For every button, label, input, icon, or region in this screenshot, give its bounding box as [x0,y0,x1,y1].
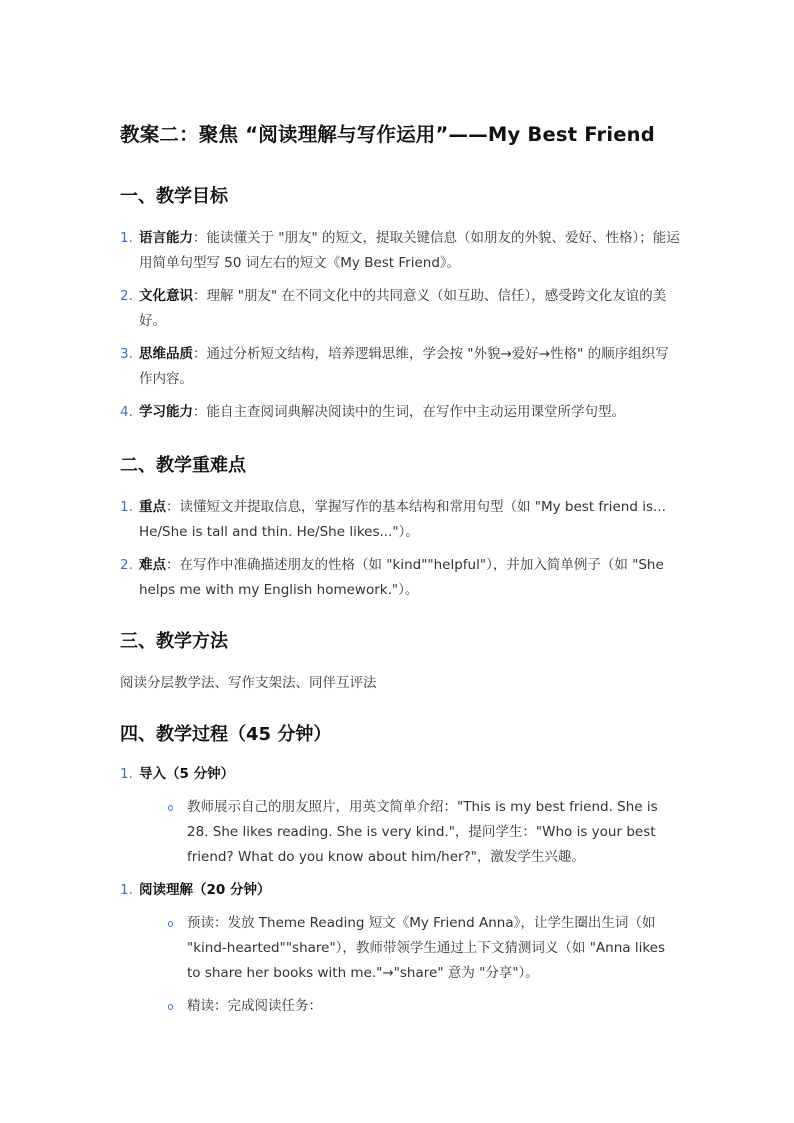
list-number: 2. [120,553,133,578]
section-heading-methods: 三、教学方法 [120,627,680,657]
key-point-label: 重点 [139,499,166,515]
step-title: 阅读理解（20 分钟） [139,882,271,898]
step-bullet-item: 预读：发放 Theme Reading 短文《My Friend Anna》，让… [168,911,680,986]
objectives-list: 1.语言能力：能读懂关于 "朋友" 的短文，提取关键信息（如朋友的外貌、爱好、性… [120,226,680,425]
key-point-label: 难点 [139,557,166,573]
objective-text: ：能自主查阅词典解决阅读中的生词，在写作中主动运用课堂所学句型。 [193,404,625,420]
section-heading-process: 四、教学过程（45 分钟） [120,720,680,750]
list-number: 3. [120,342,133,367]
list-number: 1. [120,878,133,903]
list-number: 1. [120,762,133,787]
hollow-circle-bullet-icon [168,805,173,811]
document-title: 教案二：聚焦 “阅读理解与写作运用”——My Best Friend [120,118,680,152]
hollow-circle-bullet-icon [168,1004,173,1010]
objective-label: 思维品质 [139,346,193,362]
document-page: 教案二：聚焦 “阅读理解与写作运用”——My Best Friend 一、教学目… [120,118,680,1027]
process-step-intro: 1.导入（5 分钟） 教师展示自己的朋友照片，用英文简单介绍："This is … [120,762,680,870]
step-bullets: 预读：发放 Theme Reading 短文《My Friend Anna》，让… [139,911,680,1019]
bullet-text: 教师展示自己的朋友照片，用英文简单介绍："This is my best fri… [187,799,658,865]
objective-item: 2.文化意识：理解 "朋友" 在不同文化中的共同意义（如互助、信任），感受跨文化… [120,284,680,334]
key-point-text: ：读懂短文并提取信息，掌握写作的基本结构和常用句型（如 "My best fri… [139,499,666,540]
key-points-list: 1.重点：读懂短文并提取信息，掌握写作的基本结构和常用句型（如 "My best… [120,495,680,603]
objective-item: 3.思维品质：通过分析短文结构，培养逻辑思维，学会按 "外貌→爱好→性格" 的顺… [120,342,680,392]
step-bullet-item: 精读：完成阅读任务： [168,994,680,1019]
objective-item: 4.学习能力：能自主查阅词典解决阅读中的生词，在写作中主动运用课堂所学句型。 [120,400,680,425]
objective-text: ：通过分析短文结构，培养逻辑思维，学会按 "外貌→爱好→性格" 的顺序组织写作内… [139,346,669,387]
list-number: 2. [120,284,133,309]
objective-label: 学习能力 [139,404,193,420]
objective-text: ：能读懂关于 "朋友" 的短文，提取关键信息（如朋友的外貌、爱好、性格）；能运用… [139,230,680,271]
step-bullets: 教师展示自己的朋友照片，用英文简单介绍："This is my best fri… [139,795,680,870]
list-number: 4. [120,400,133,425]
objective-text: ：理解 "朋友" 在不同文化中的共同意义（如互助、信任），感受跨文化友谊的美好。 [139,288,666,329]
objective-label: 语言能力 [139,230,193,246]
step-bullet-item: 教师展示自己的朋友照片，用英文简单介绍："This is my best fri… [168,795,680,870]
section-heading-key-points: 二、教学重难点 [120,451,680,481]
bullet-text: 精读：完成阅读任务： [187,998,322,1014]
process-step-reading: 1.阅读理解（20 分钟） 预读：发放 Theme Reading 短文《My … [120,878,680,1019]
key-point-text: ：在写作中准确描述朋友的性格（如 "kind""helpful"），并加入简单例… [139,557,664,598]
section-heading-objectives: 一、教学目标 [120,182,680,212]
list-number: 1. [120,495,133,520]
process-steps-list: 1.导入（5 分钟） 教师展示自己的朋友照片，用英文简单介绍："This is … [120,762,680,1019]
bullet-text: 预读：发放 Theme Reading 短文《My Friend Anna》，让… [187,915,665,981]
list-number: 1. [120,226,133,251]
step-title: 导入（5 分钟） [139,766,234,782]
objective-label: 文化意识 [139,288,193,304]
objective-item: 1.语言能力：能读懂关于 "朋友" 的短文，提取关键信息（如朋友的外貌、爱好、性… [120,226,680,276]
methods-text: 阅读分层教学法、写作支架法、同伴互评法 [120,671,680,696]
hollow-circle-bullet-icon [168,921,173,927]
key-point-item: 1.重点：读懂短文并提取信息，掌握写作的基本结构和常用句型（如 "My best… [120,495,680,545]
key-point-item: 2.难点：在写作中准确描述朋友的性格（如 "kind""helpful"），并加… [120,553,680,603]
